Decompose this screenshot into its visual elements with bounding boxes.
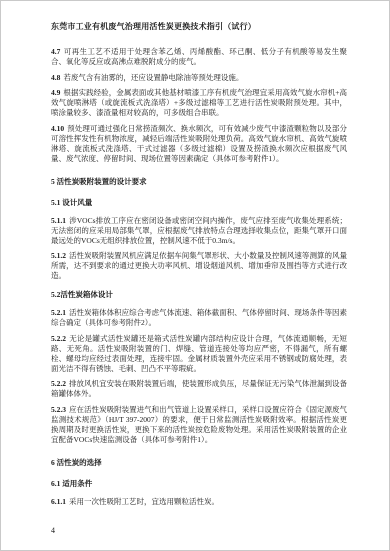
clause-5-2-1: 5.2.1活性炭箱体体积应综合考虑气体流速、箱体截面积、气体停留时间、现场条件等… xyxy=(51,308,347,328)
clause-5-2-2a: 5.2.2无论是罐式活性炭罐还是箱式活性炭罐内部结构应设计合理，气体流通顺畅，无… xyxy=(51,334,347,374)
clause-5-2-2b: 5.2.2排放风机宜安装在吸附装置后端，使装置形成负压，尽量保证无污染气体泄漏到… xyxy=(51,379,347,399)
clause-4-10: 4.10预处理可通过强化日常捞渣频次、换水频次，可有效减少废气中漆渣颗粒物以及部… xyxy=(51,124,347,164)
subsection-heading-5-2: 5.2活性炭箱体设计 xyxy=(51,290,347,300)
clause-text: 若废气含有油雾的，还应设置静电除油等预处理设施。 xyxy=(63,73,243,82)
clause-text: 可再生工艺不适用于处理含苯乙烯、丙烯酸酯、环己酮、低分子有机酸等易发生聚合、氧化… xyxy=(51,47,347,66)
clause-5-1-1: 5.1.1涉VOCs排放工序应在密闭设备或密闭空间内操作，废气应排至废气收集处理… xyxy=(51,216,347,246)
clause-number: 4.8 xyxy=(51,73,60,82)
clause-number: 5.1.1 xyxy=(51,216,66,225)
clause-text: 活性炭箱体体积应综合考虑气体流速、箱体截面积、气体停留时间、现场条件等因素综合确… xyxy=(51,308,347,327)
clause-number: 4.10 xyxy=(51,124,64,133)
clause-number: 5.2.2 xyxy=(51,334,66,343)
document-page: 东莞市工业有机废气治理用活性炭更换技术指引（试行） 4.7可再生工艺不适用于处理… xyxy=(0,0,390,551)
page-number: 4 xyxy=(51,526,55,536)
section-heading-6: 6 活性炭的选择 xyxy=(51,458,347,468)
clause-number: 5.2.1 xyxy=(51,308,66,317)
clause-text: 采用一次性吸附工艺时，宜选用颗粒活性炭。 xyxy=(69,497,219,506)
clause-4-7: 4.7可再生工艺不适用于处理含苯乙烯、丙烯酸酯、环己酮、低分子有机酸等易发生聚合… xyxy=(51,47,347,67)
doc-header-title: 东莞市工业有机废气治理用活性炭更换技术指引（试行） xyxy=(51,21,347,32)
section-heading-5: 5 活性炭吸附装置的设计要求 xyxy=(51,177,347,187)
clause-text: 排放风机宜安装在吸附装置后端，使装置形成负压，尽量保证无污染气体泄漏到设备箱罐体… xyxy=(51,379,347,398)
clause-number: 5.2.2 xyxy=(51,379,66,388)
clause-number: 4.7 xyxy=(51,47,60,56)
clause-text: 无论是罐式活性炭罐还是箱式活性炭罐内部结构应设计合理，气体流通顺畅，无短路、无死… xyxy=(51,334,347,373)
clause-5-2-3: 5.2.3应在活性炭吸附装置进气和出气管道上设置采样口，采样口设置应符合《固定源… xyxy=(51,405,347,445)
clause-number: 5.1.2 xyxy=(51,251,66,260)
clause-number: 6.1.1 xyxy=(51,497,66,506)
subsection-heading-6-1: 6.1 适用条件 xyxy=(51,479,347,489)
clause-text: 根据实践经验，金属表面或其他基材喷漆工序有机废气治理宜采用高效气旋水帘机+高效气… xyxy=(51,88,347,117)
clause-4-8: 4.8若废气含有油雾的，还应设置静电除油等预处理设施。 xyxy=(51,73,347,83)
clause-number: 4.9 xyxy=(51,88,60,97)
clause-4-9: 4.9根据实践经验，金属表面或其他基材喷漆工序有机废气治理宜采用高效气旋水帘机+… xyxy=(51,88,347,118)
clause-text: 涉VOCs排放工序应在密闭设备或密闭空间内操作，废气应排至废气收集处理系统；无法… xyxy=(51,216,347,245)
clause-5-1-2: 5.1.2活性炭吸附装置风机应满足依据车间集气罩形状、大小数量及控制风速等测算的… xyxy=(51,251,347,281)
clause-text: 活性炭吸附装置风机应满足依据车间集气罩形状、大小数量及控制风速等测算的风量所需，… xyxy=(51,251,347,280)
clause-6-1-1: 6.1.1采用一次性吸附工艺时，宜选用颗粒活性炭。 xyxy=(51,497,347,507)
subsection-heading-5-1: 5.1 设计风量 xyxy=(51,198,347,208)
clause-text: 预处理可通过强化日常捞渣频次、换水频次，可有效减少废气中漆渣颗粒物以及部分可溶性… xyxy=(51,124,347,163)
clause-number: 5.2.3 xyxy=(51,405,66,414)
clause-text: 应在活性炭吸附装置进气和出气管道上设置采样口，采样口设置应符合《固定源废气监测技… xyxy=(51,405,347,444)
